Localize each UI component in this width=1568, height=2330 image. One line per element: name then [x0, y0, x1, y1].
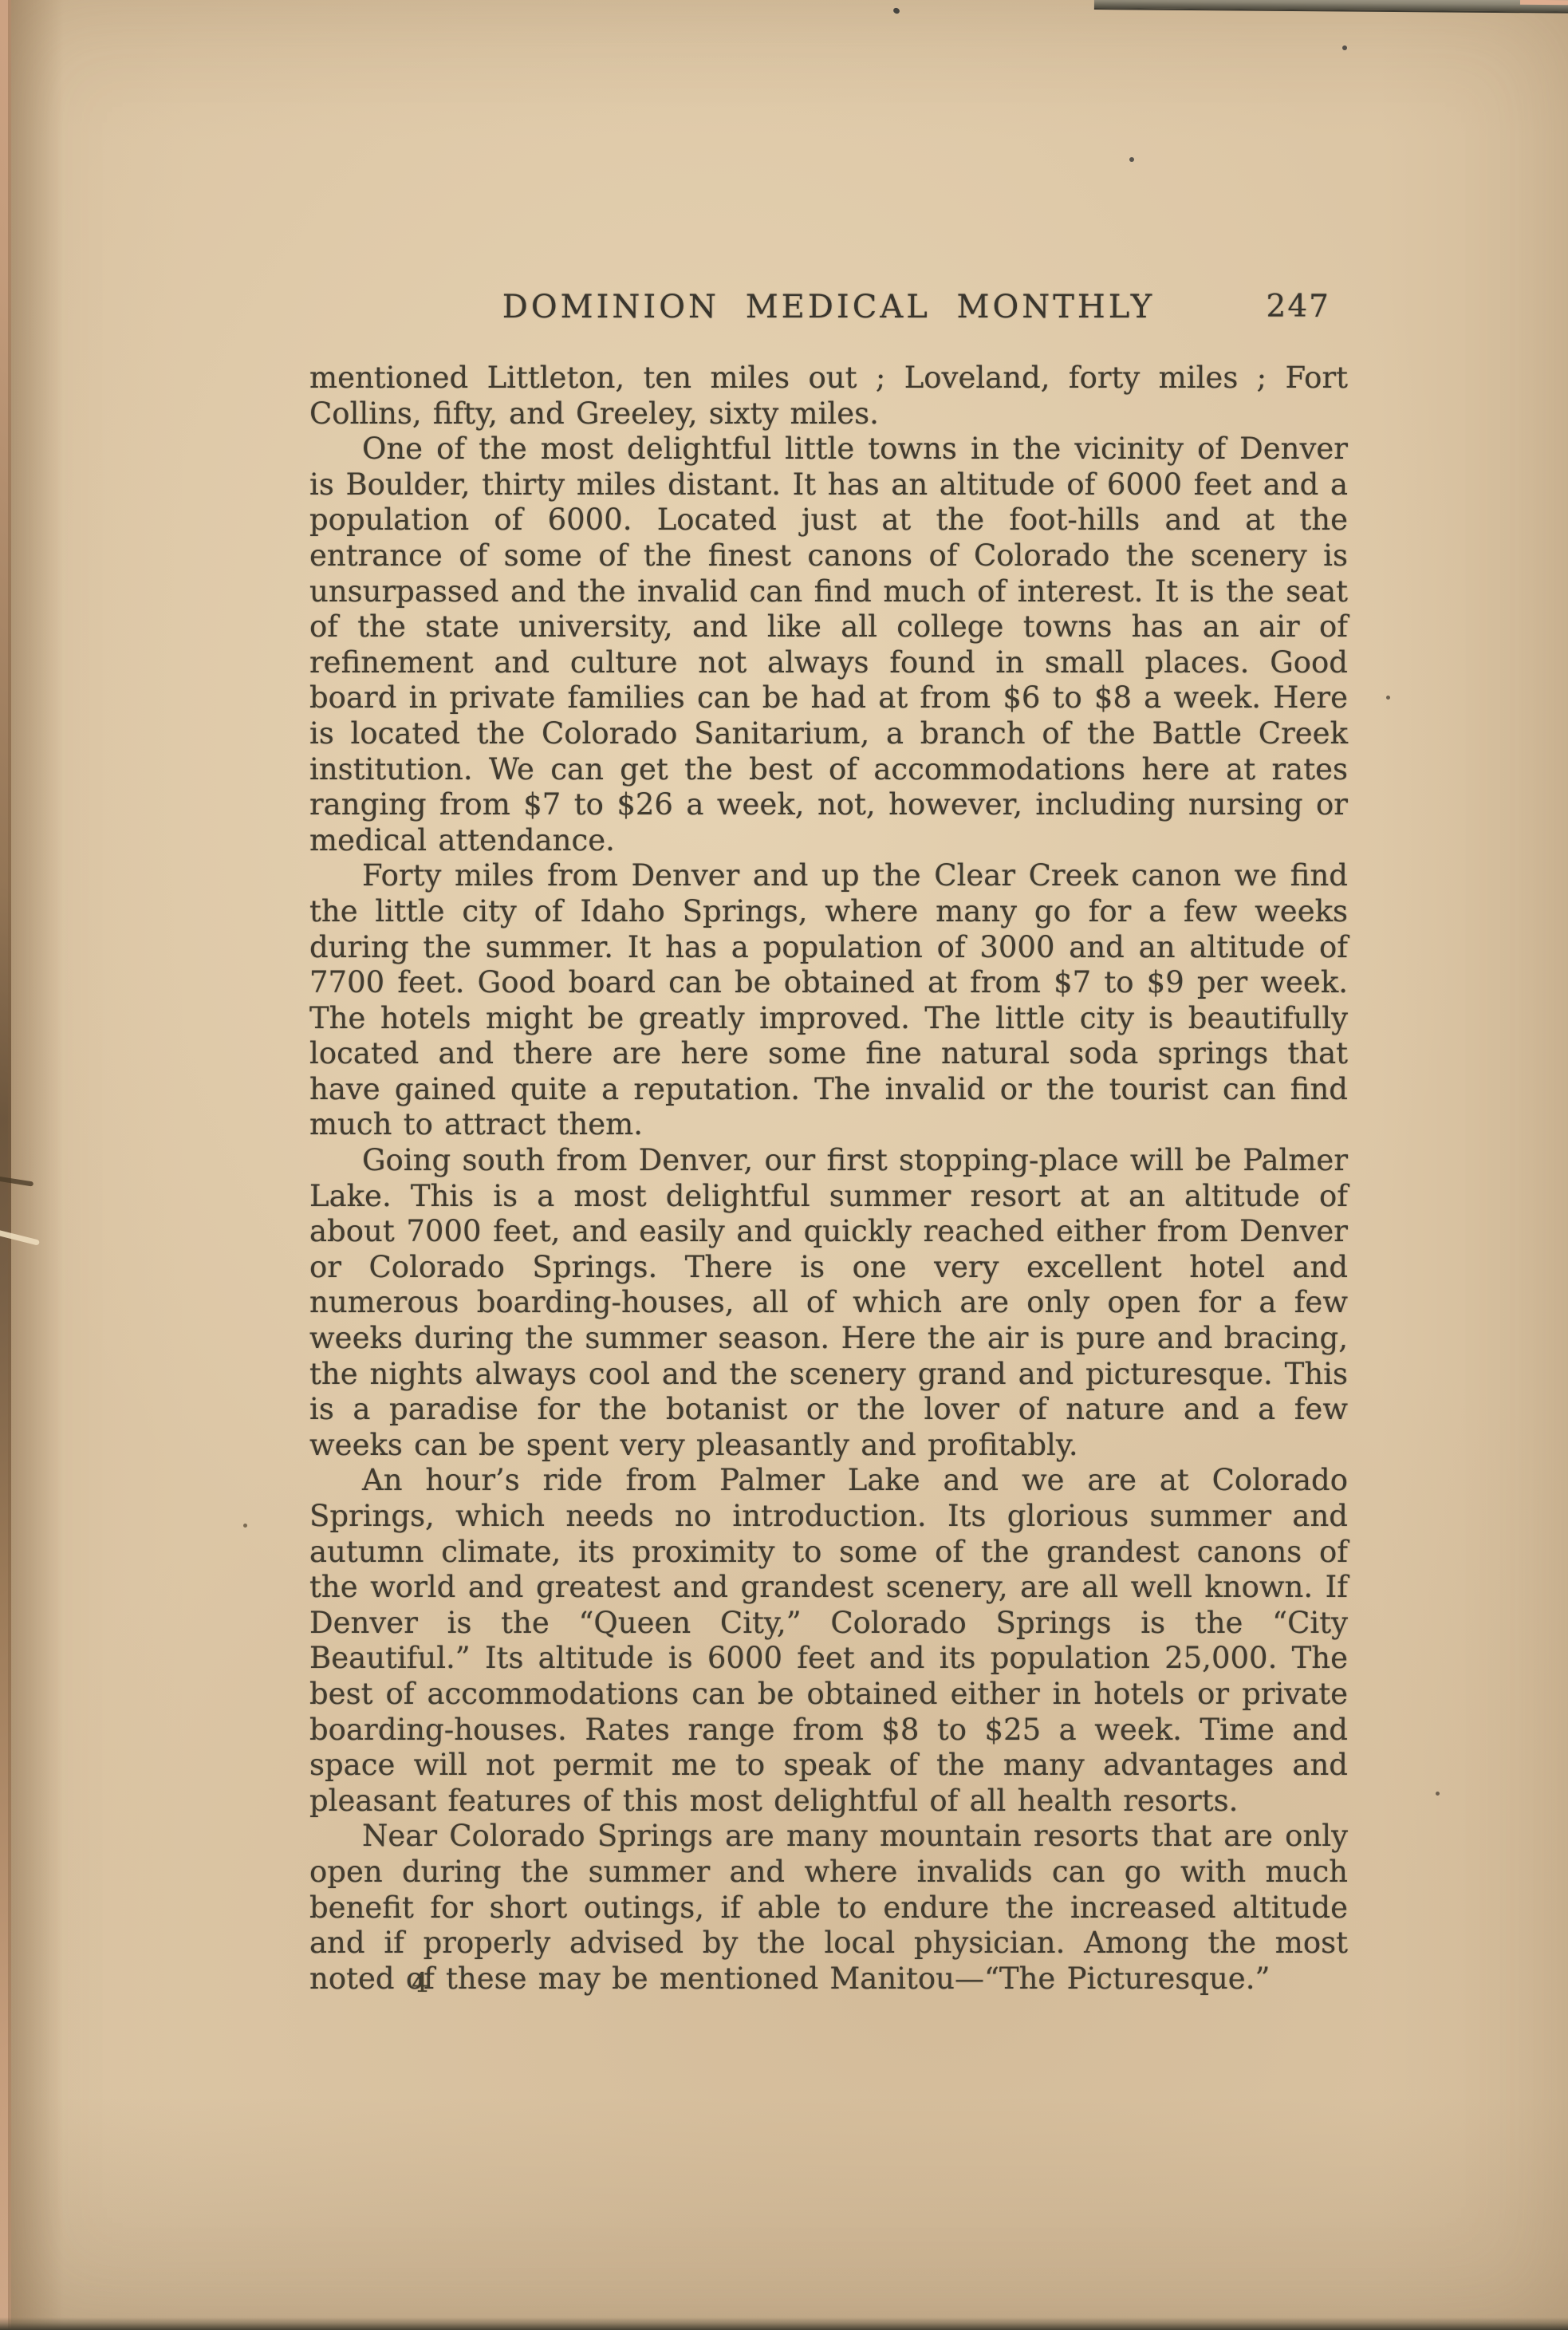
signature-mark: 4 [412, 1967, 429, 1999]
running-header: DOMINION MEDICAL MONTHLY 247 [309, 289, 1348, 333]
paper-speck [892, 7, 900, 15]
paragraph: Forty miles from Denver and up the Clear… [309, 858, 1348, 1143]
page-top-corner [1520, 0, 1568, 5]
printed-content: DOMINION MEDICAL MONTHLY 247 mentioned L… [309, 289, 1348, 1997]
paper-speck [1129, 157, 1134, 162]
book-page: DOMINION MEDICAL MONTHLY 247 mentioned L… [0, 0, 1568, 2330]
paper-speck [243, 1524, 247, 1528]
paragraph: An hour’s ride from Palmer Lake and we a… [309, 1463, 1348, 1819]
page-top-edge [1094, 0, 1568, 14]
paragraph: mentioned Littleton, ten miles out ; Lov… [309, 361, 1348, 432]
binding-edge-shadow [8, 0, 64, 2330]
page-number: 247 [1267, 289, 1330, 325]
paper-speck [1386, 696, 1390, 700]
journal-title: DOMINION MEDICAL MONTHLY [502, 289, 1155, 325]
page-bottom-edge [0, 2317, 1568, 2330]
paper-speck [1342, 45, 1347, 50]
paragraph: One of the most delightful little towns … [309, 432, 1348, 858]
paragraph: Going south from Denver, our first stopp… [309, 1143, 1348, 1463]
article-body: mentioned Littleton, ten miles out ; Lov… [309, 361, 1348, 1997]
paper-speck [1436, 1792, 1440, 1796]
paragraph: Near Colorado Springs are many mountain … [309, 1819, 1348, 1997]
